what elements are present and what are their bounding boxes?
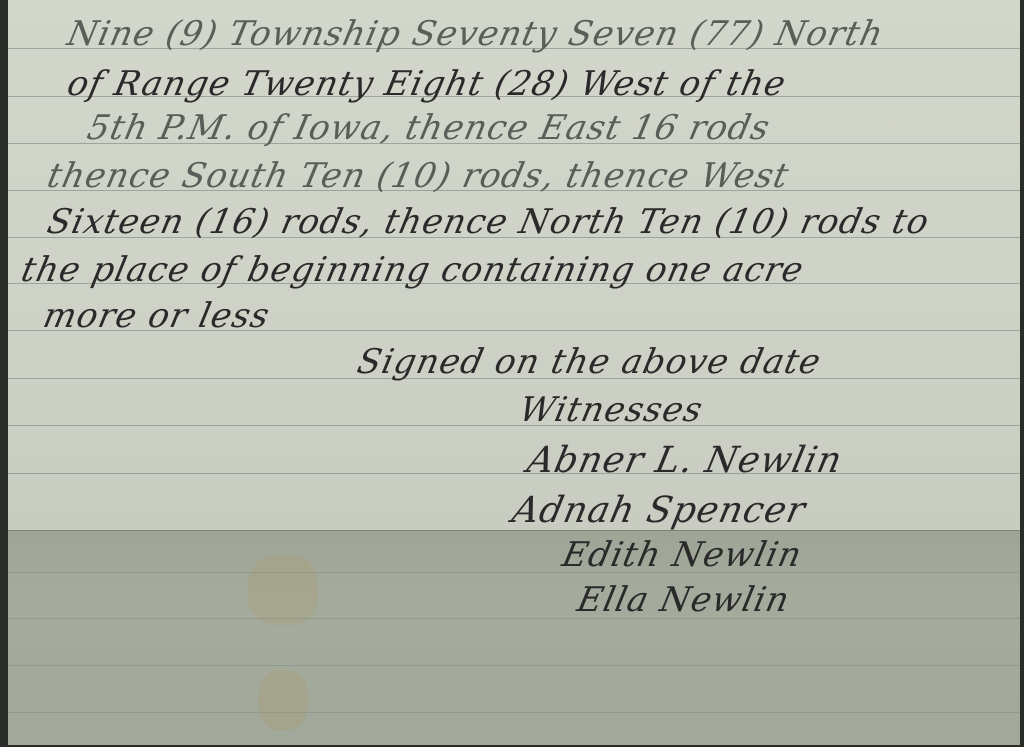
ruled-line [8, 712, 1020, 713]
witness-signature: Edith Newlin [559, 535, 806, 575]
deed-line-3: 5th P.M. of Iowa, thence East 16 rods [84, 108, 774, 148]
deed-line-2: of Range Twenty Eight (28) West of the [64, 64, 790, 104]
witness-signature: Abner L. Newlin [524, 440, 847, 481]
ruled-line [8, 425, 1020, 426]
paper-sheet: Nine (9) Township Seventy Seven (77) Nor… [8, 0, 1020, 745]
witness-signature: Ella Newlin [574, 580, 794, 620]
ruled-line [8, 572, 1020, 573]
deed-line-1: Nine (9) Township Seventy Seven (77) Nor… [64, 14, 888, 54]
deed-line-4: thence South Ten (10) rods, thence West [44, 156, 793, 196]
deed-line-6: the place of beginning containing one ac… [18, 250, 808, 290]
deed-line-7: more or less [40, 296, 274, 336]
signed-line: Signed on the above date [354, 342, 825, 382]
ruled-line [8, 473, 1020, 474]
paper-stain [258, 670, 308, 730]
witnesses-label: Witnesses [516, 390, 707, 430]
ruled-line [8, 618, 1020, 619]
paper-stain [248, 555, 318, 625]
witness-signature: Adnah Spencer [509, 490, 810, 531]
deed-line-5: Sixteen (16) rods, thence North Ten (10)… [44, 202, 933, 242]
ruled-line [8, 665, 1020, 666]
